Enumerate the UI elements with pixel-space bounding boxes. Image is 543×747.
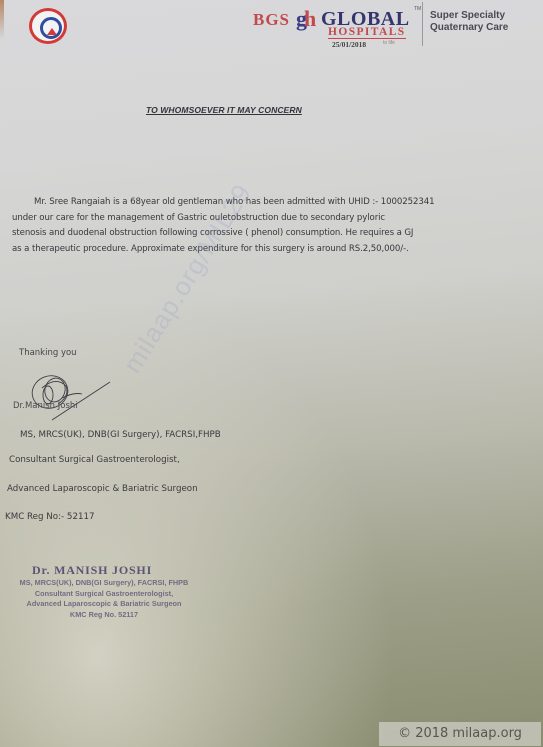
stamp-name: Dr. MANISH JOSHI [32,563,204,578]
specialty-label: Super Specialty Quaternary Care [430,10,508,34]
specialty-line-2: Quaternary Care [430,22,508,34]
copyright-badge: © 2018 milaap.org [379,722,541,746]
handwritten-signature-icon [22,368,112,423]
hospital-emblem-icon [29,8,67,44]
stamp-line: Consultant Surgical Gastroenterologist, [4,589,204,600]
brand-monogram-icon: gh [296,6,313,32]
letter-body: Mr. Sree Rangaiah is a 68year old gentle… [12,195,532,257]
stamp-line: KMC Reg No. 52117 [4,610,204,621]
brand-tagline: to life [383,40,395,46]
closing-text: Thanking you [19,348,77,358]
brand-prefix: BGS [253,10,290,30]
photo-edge [0,0,4,40]
body-line: stenosis and duodenal obstruction follow… [12,226,532,242]
stamp-line: Advanced Laparoscopic & Bariatric Surgeo… [4,599,204,610]
trademark: TM [414,6,421,12]
doctor-stamp: Dr. MANISH JOSHI MS, MRCS(UK), DNB(GI Su… [4,563,204,620]
hospital-logo: BGS gh GLOBAL TM HOSPITALS 25/01/2018 to… [253,4,423,50]
header-divider [422,2,423,46]
letter-title: TO WHOMSOEVER IT MAY CONCERN [146,105,302,115]
letter-date: 25/01/2018 [332,40,366,49]
qualifications: MS, MRCS(UK), DNB(GI Surgery), FACRSI,FH… [20,430,221,440]
stamp-line: MS, MRCS(UK), DNB(GI Surgery), FACRSI, F… [4,578,204,589]
scanned-letter-page: BGS gh GLOBAL TM HOSPITALS 25/01/2018 to… [0,0,543,747]
emblem-mark [47,28,57,35]
body-line: as a therapeutic procedure. Approximate … [12,242,532,258]
registration-number: KMC Reg No:- 52117 [5,512,95,522]
body-line: Mr. Sree Rangaiah is a 68year old gentle… [12,195,532,211]
brand-subname: HOSPITALS [328,26,406,39]
signatory-name: Dr.Manish Joshi [13,401,78,411]
specialty-line-1: Super Specialty [430,10,508,22]
designation-2: Advanced Laparoscopic & Bariatric Surgeo… [7,484,198,494]
body-line: under our care for the management of Gas… [12,211,532,227]
designation-1: Consultant Surgical Gastroenterologist, [9,455,180,465]
